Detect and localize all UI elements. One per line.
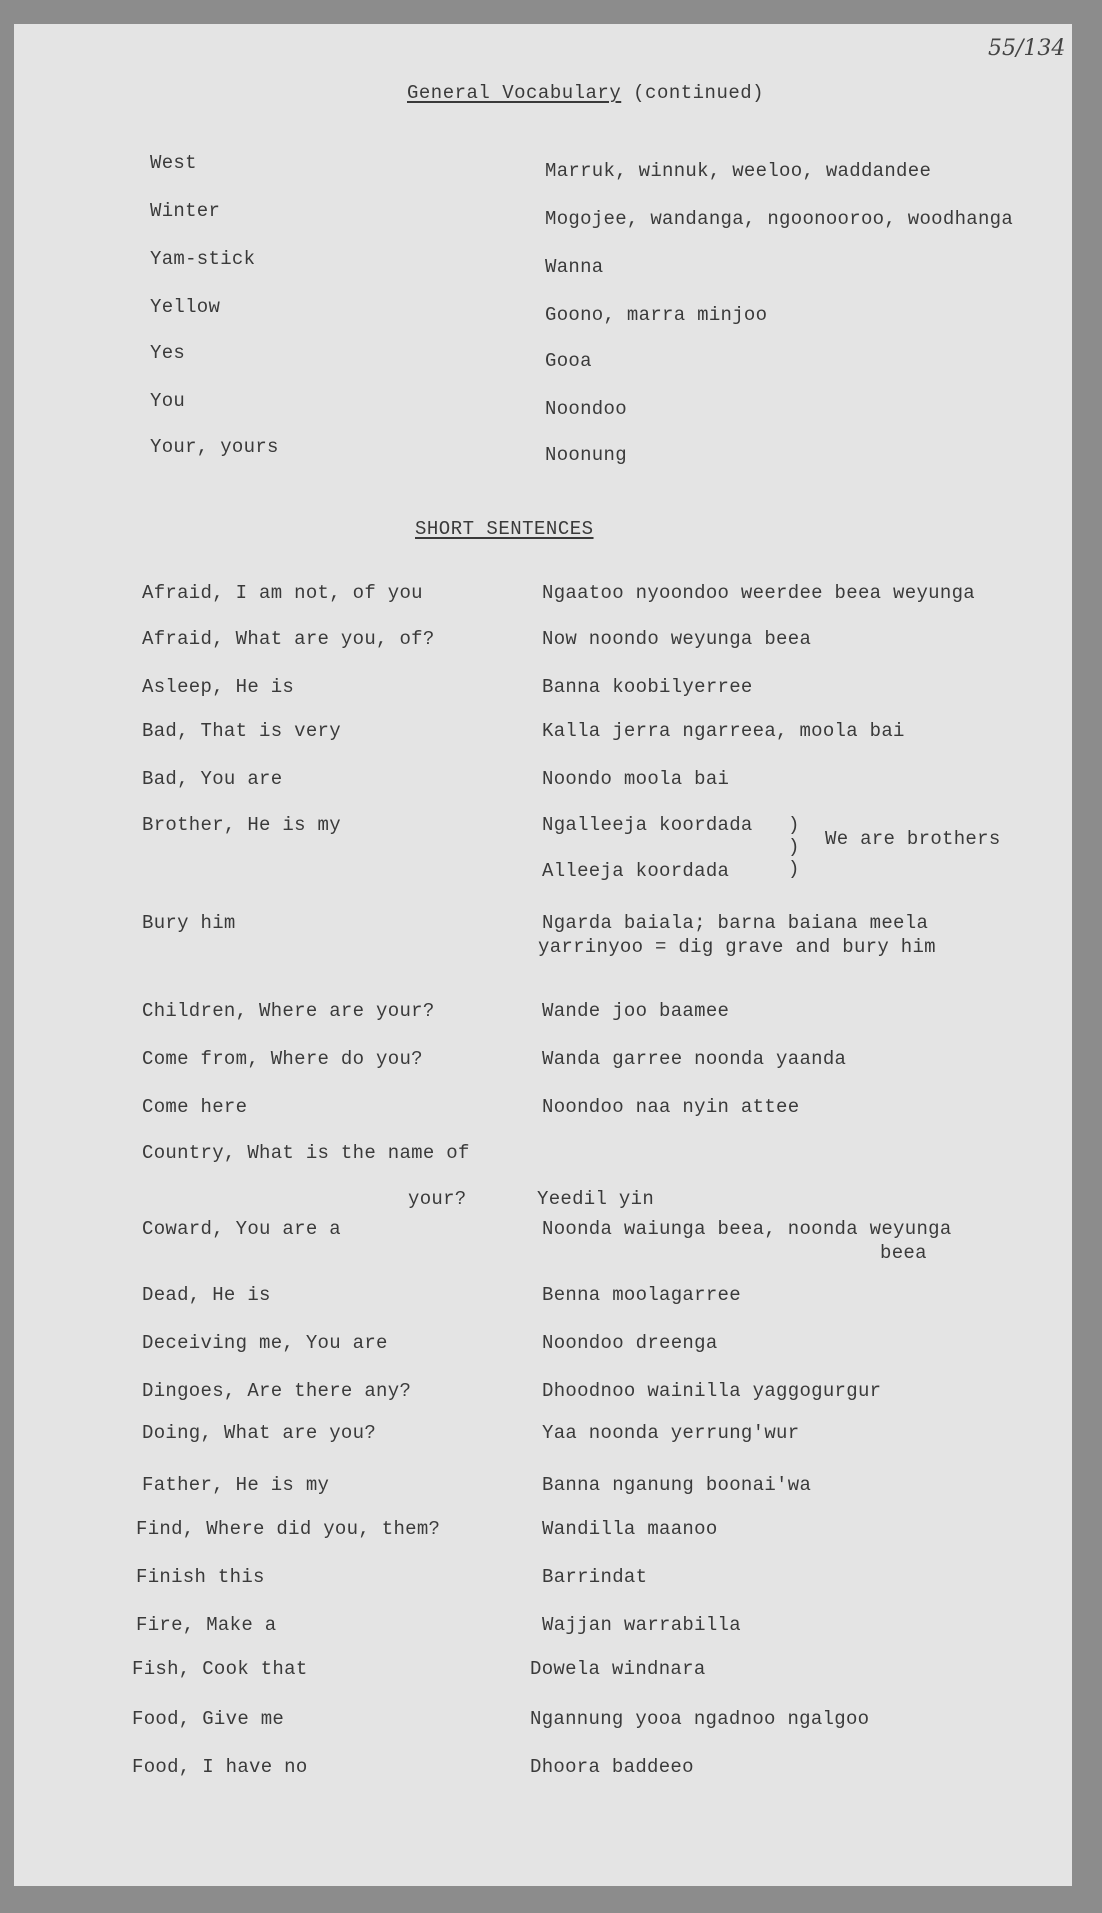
sentence-native: Kalla jerra ngarreea, moola bai xyxy=(542,716,905,746)
sentence-native: Wande joo baamee xyxy=(542,996,729,1026)
sentence-english: Fire, Make a xyxy=(136,1610,276,1640)
sentence-native: Noondoo dreenga xyxy=(542,1328,718,1358)
sentence-english: Come here xyxy=(142,1092,247,1122)
sentence-native-cont: yarrinyoo = dig grave and bury him xyxy=(538,932,936,962)
sentence-native: Banna nganung boonai'wa xyxy=(542,1470,811,1500)
short-sentences-heading: SHORT SENTENCES xyxy=(415,518,594,540)
sentence-english: Dead, He is xyxy=(142,1280,271,1310)
vocab-native: Noondoo xyxy=(545,394,627,424)
vocabulary-heading-title: General Vocabulary xyxy=(407,82,621,104)
sentence-english: Fish, Cook that xyxy=(132,1654,308,1684)
vocabulary-heading-suffix: (continued) xyxy=(633,82,764,104)
sentence-native: Now noondo weyunga beea xyxy=(542,624,811,654)
vocabulary-heading: General Vocabulary (continued) xyxy=(407,82,764,104)
vocab-english: Your, yours xyxy=(150,432,279,462)
sentence-english: Country, What is the name of xyxy=(142,1138,470,1168)
vocab-native: Mogojee, wandanga, ngoonooroo, woodhanga xyxy=(545,204,1013,234)
sentence-native-cont: beea xyxy=(880,1238,927,1268)
sentence-english: Afraid, I am not, of you xyxy=(142,578,423,608)
sentence-native: Ngaatoo nyoondoo weerdee beea weyunga xyxy=(542,578,975,608)
sentence-native: Banna koobilyerree xyxy=(542,672,753,702)
sentence-native: Yaa noonda yerrung'wur xyxy=(542,1418,799,1448)
sentence-native: Benna moolagarree xyxy=(542,1280,741,1310)
sentence-native: Ngannung yooa ngadnoo ngalgoo xyxy=(530,1704,869,1734)
sentence-english: Asleep, He is xyxy=(142,672,294,702)
sentence-english: Finish this xyxy=(136,1562,265,1592)
sentence-english: Afraid, What are you, of? xyxy=(142,624,435,654)
short-sentences-title: SHORT SENTENCES xyxy=(415,518,594,540)
bracket-brace: ) ) ) xyxy=(788,814,799,880)
sentence-native: Wajjan warrabilla xyxy=(542,1610,741,1640)
sentence-english: Bad, You are xyxy=(142,764,282,794)
sentence-english: Come from, Where do you? xyxy=(142,1044,423,1074)
sentence-native: Wanda garree noonda yaanda xyxy=(542,1044,846,1074)
sentence-native-alt: Alleeja koordada xyxy=(542,856,729,886)
sentence-english: Brother, He is my xyxy=(142,810,341,840)
sentence-english: Find, Where did you, them? xyxy=(136,1514,440,1544)
sentence-native: Ngalleeja koordada xyxy=(542,810,753,840)
page-number: 55/134 xyxy=(988,36,1065,61)
vocab-english: You xyxy=(150,386,185,416)
sentence-english: Father, He is my xyxy=(142,1470,329,1500)
sentence-english-cont: your? xyxy=(408,1184,467,1214)
sentence-english: Doing, What are you? xyxy=(142,1418,376,1448)
sentence-english: Food, Give me xyxy=(132,1704,284,1734)
sentence-english: Children, Where are your? xyxy=(142,996,435,1026)
vocab-english: Yam-stick xyxy=(150,244,255,274)
sentence-native: Noondo moola bai xyxy=(542,764,729,794)
vocab-native: Goono, marra minjoo xyxy=(545,300,767,330)
sentence-native: Barrindat xyxy=(542,1562,647,1592)
vocab-native: Gooa xyxy=(545,346,592,376)
vocab-english: Winter xyxy=(150,196,220,226)
vocab-native: Noonung xyxy=(545,440,627,470)
sentence-english: Bury him xyxy=(142,908,236,938)
sentence-native: Dowela windnara xyxy=(530,1654,706,1684)
vocab-native: Marruk, winnuk, weeloo, waddandee xyxy=(545,156,931,186)
vocab-english: Yellow xyxy=(150,292,220,322)
vocab-english: West xyxy=(150,148,197,178)
sentence-english: Coward, You are a xyxy=(142,1214,341,1244)
sentence-native: Dhoodnoo wainilla yaggogurgur xyxy=(542,1376,881,1406)
vocab-native: Wanna xyxy=(545,252,604,282)
sentence-native: Dhoora baddeeo xyxy=(530,1752,694,1782)
sentence-english: Bad, That is very xyxy=(142,716,341,746)
sentence-english: Dingoes, Are there any? xyxy=(142,1376,411,1406)
sentence-english: Food, I have no xyxy=(132,1752,308,1782)
sentence-note: We are brothers xyxy=(825,824,1001,854)
sentence-native: Noondoo naa nyin attee xyxy=(542,1092,799,1122)
sentence-native: Wandilla maanoo xyxy=(542,1514,718,1544)
vocab-english: Yes xyxy=(150,338,185,368)
sentence-native: Yeedil yin xyxy=(537,1184,654,1214)
sentence-english: Deceiving me, You are xyxy=(142,1328,388,1358)
